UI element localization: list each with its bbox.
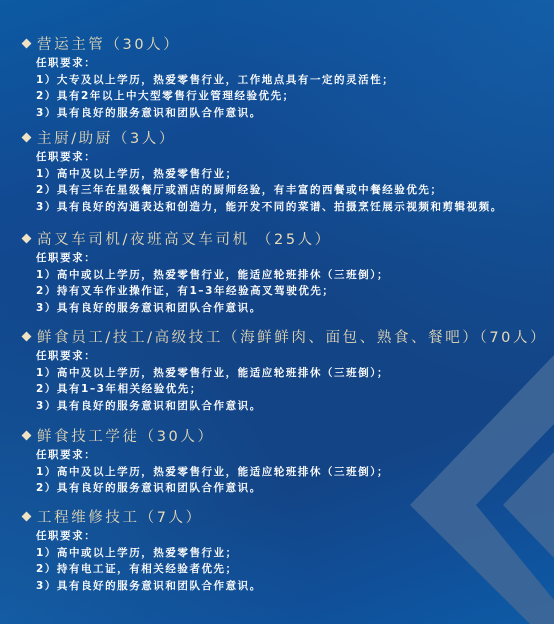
position-maintenance-technician: 工程维修技工（7人） 任职要求： 1）高中或以上学历，热爱零售行业； 2）持有电…: [22, 507, 552, 594]
requirement-item: 1）高中或以上学历，热爱零售行业；: [36, 545, 552, 562]
position-title: 鲜食员工/技工/高级技工（海鲜鲜肉、面包、熟食、餐吧）（70人）: [22, 327, 552, 345]
requirement-item: 2）具有良好的服务意识和团队合作意识。: [36, 480, 552, 497]
diamond-bullet-icon: [22, 511, 32, 521]
position-operations-supervisor: 营运主管（30人） 任职要求： 1）大专及以上学历，热爱零售行业，工作地点具有一…: [22, 34, 552, 121]
position-chef: 主厨/助厨（3人） 任职要求： 1）高中及以上学历，热爱零售行业； 2）具有三年…: [22, 128, 552, 215]
requirements-label: 任职要求：: [36, 348, 552, 365]
position-title-text: 鲜食技工学徒（30人）: [37, 425, 215, 446]
requirement-item: 3）具有良好的服务意识和团队合作意识。: [36, 578, 552, 595]
requirement-item: 1）大专及以上学历，热爱零售行业，工作地点具有一定的灵活性；: [36, 72, 552, 89]
position-title: 主厨/助厨（3人）: [22, 128, 552, 146]
requirement-item: 1）高中及以上学历，热爱零售行业，能适应轮班排休（三班倒）；: [36, 365, 552, 382]
position-title: 鲜食技工学徒（30人）: [22, 426, 552, 444]
requirement-item: 3）具有良好的沟通表达和创造力，能开发不同的菜谱、拍摄烹饪展示视频和剪辑视频。: [36, 199, 552, 216]
requirements: 任职要求： 1）大专及以上学历，热爱零售行业，工作地点具有一定的灵活性； 2）具…: [36, 55, 552, 121]
position-fresh-food-staff: 鲜食员工/技工/高级技工（海鲜鲜肉、面包、熟食、餐吧）（70人） 任职要求： 1…: [22, 327, 552, 414]
requirements: 任职要求： 1）高中及以上学历，热爱零售行业，能适应轮班排休（三班倒）； 2）具…: [36, 348, 552, 414]
position-title-text: 营运主管（30人）: [37, 33, 180, 54]
requirement-item: 1）高中或以上学历，热爱零售行业，能适应轮班排休（三班倒）；: [36, 267, 552, 284]
requirements-label: 任职要求：: [36, 149, 552, 166]
diamond-bullet-icon: [22, 430, 32, 440]
requirements: 任职要求： 1）高中或以上学历，热爱零售行业； 2）持有电工证，有相关经验者优先…: [36, 528, 552, 594]
position-title-text: 鲜食员工/技工/高级技工（海鲜鲜肉、面包、熟食、餐吧）（70人）: [37, 326, 547, 347]
requirement-item: 2）具有三年在星级餐厅或酒店的厨师经验，有丰富的西餐或中餐经验优先；: [36, 182, 552, 199]
requirements-label: 任职要求：: [36, 447, 552, 464]
position-title: 营运主管（30人）: [22, 34, 552, 52]
requirement-item: 2）具有2年以上中大型零售行业管理经验优先；: [36, 88, 552, 105]
diamond-bullet-icon: [22, 38, 32, 48]
diamond-bullet-icon: [22, 132, 32, 142]
diamond-bullet-icon: [22, 331, 32, 341]
requirement-item: 3）具有良好的服务意识和团队合作意识。: [36, 398, 552, 415]
requirement-item: 2）持有电工证，有相关经验者优先；: [36, 561, 552, 578]
requirements: 任职要求： 1）高中或以上学历，热爱零售行业，能适应轮班排休（三班倒）； 2）持…: [36, 250, 552, 316]
position-title: 高叉车司机/夜班高叉车司机 （25人）: [22, 229, 552, 247]
position-title-text: 高叉车司机/夜班高叉车司机 （25人）: [37, 228, 332, 249]
position-forklift-driver: 高叉车司机/夜班高叉车司机 （25人） 任职要求： 1）高中或以上学历，热爱零售…: [22, 229, 552, 316]
requirements: 任职要求： 1）高中及以上学历，热爱零售行业，能适应轮班排休（三班倒）； 2）具…: [36, 447, 552, 497]
requirement-item: 2）具有1–3年相关经验优先；: [36, 381, 552, 398]
requirement-item: 3）具有良好的服务意识和团队合作意识。: [36, 300, 552, 317]
requirement-item: 1）高中及以上学历，热爱零售行业；: [36, 166, 552, 183]
requirement-item: 1）高中及以上学历，热爱零售行业，能适应轮班排休（三班倒）；: [36, 464, 552, 481]
position-title-text: 工程维修技工（7人）: [37, 506, 203, 527]
requirements-label: 任职要求：: [36, 528, 552, 545]
requirements-label: 任职要求：: [36, 250, 552, 267]
requirements-label: 任职要求：: [36, 55, 552, 72]
diamond-bullet-icon: [22, 233, 32, 243]
position-fresh-food-apprentice: 鲜食技工学徒（30人） 任职要求： 1）高中及以上学历，热爱零售行业，能适应轮班…: [22, 426, 552, 497]
requirements: 任职要求： 1）高中及以上学历，热爱零售行业； 2）具有三年在星级餐厅或酒店的厨…: [36, 149, 552, 215]
position-title-text: 主厨/助厨（3人）: [37, 127, 176, 148]
position-title: 工程维修技工（7人）: [22, 507, 552, 525]
requirement-item: 3）具有良好的服务意识和团队合作意识。: [36, 105, 552, 122]
requirement-item: 2）持有叉车作业操作证，有1–3年经验高叉驾驶优先；: [36, 283, 552, 300]
